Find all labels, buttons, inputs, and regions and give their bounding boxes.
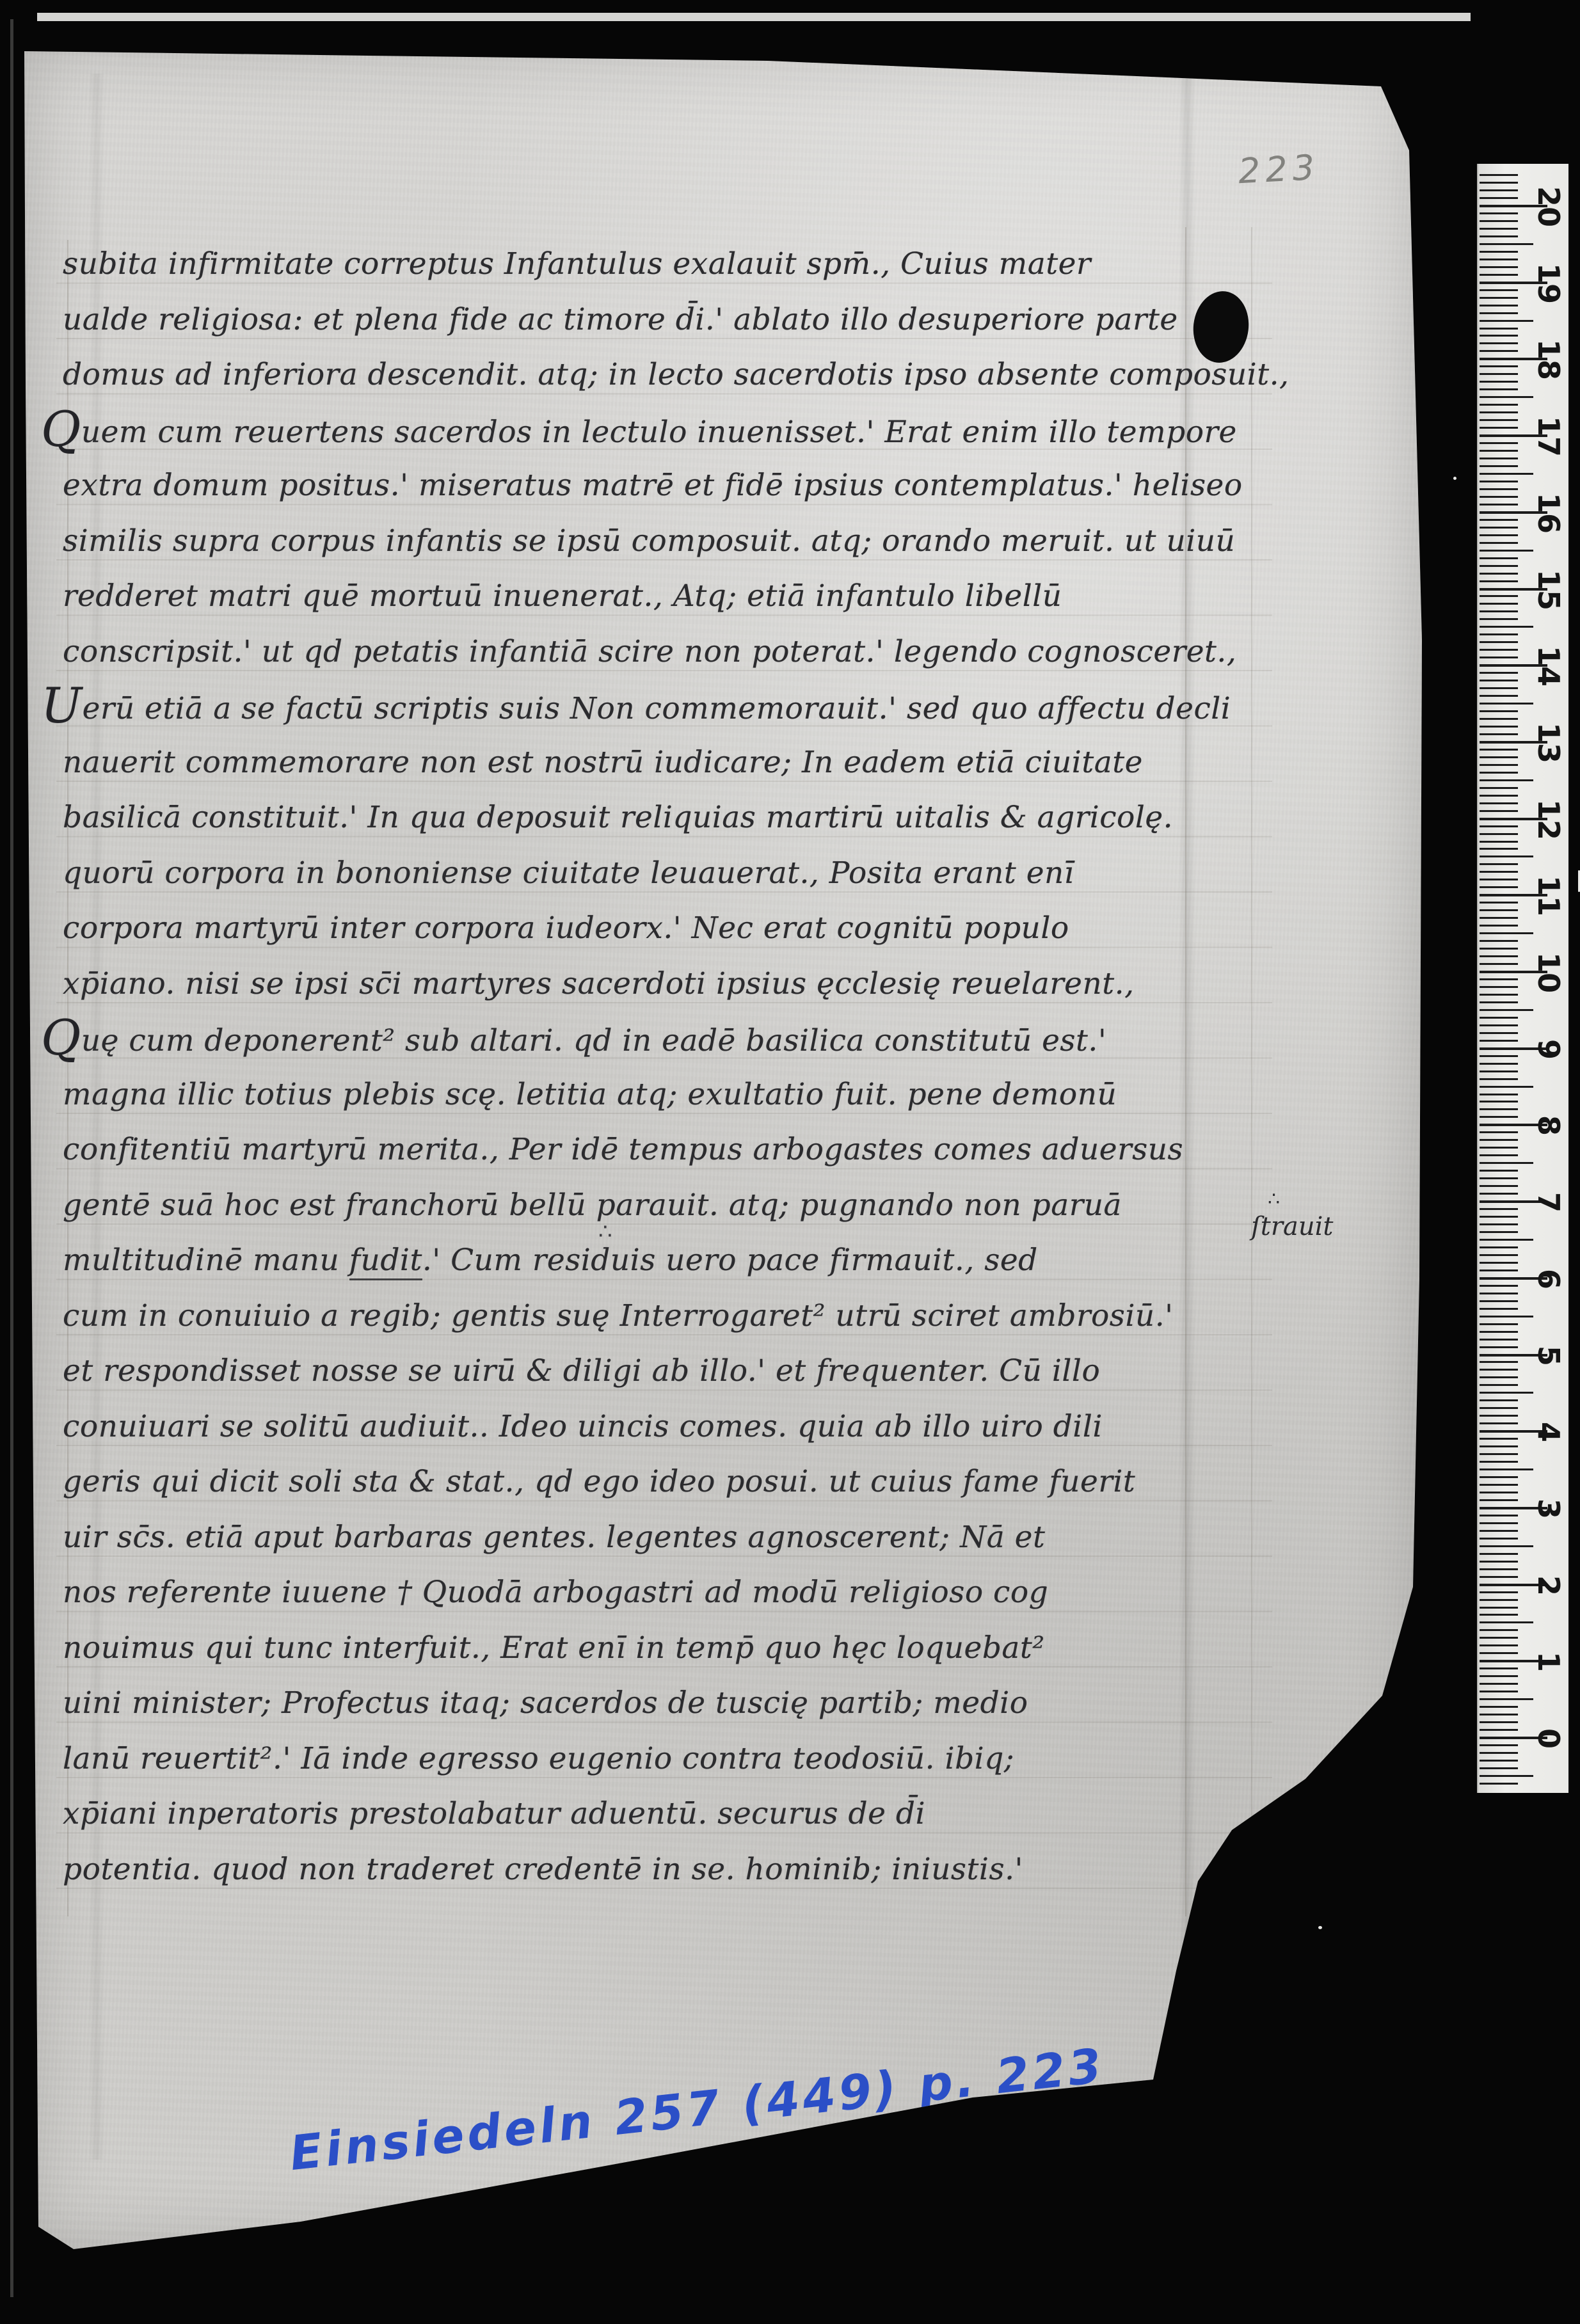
ruler-tick: [1480, 1607, 1518, 1609]
ruler-tick: [1480, 1086, 1533, 1088]
ruler-tick: [1480, 312, 1518, 314]
ruler-tick: [1480, 519, 1518, 521]
manuscript-line: ualde religiosa: et plena fide ac timore…: [63, 302, 1178, 337]
dust-speck: [1453, 477, 1456, 480]
ruler-tick: [1480, 810, 1518, 812]
ruler-tick: [1480, 1422, 1518, 1424]
ruler-tick: [1480, 1384, 1518, 1386]
ruler-tick: [1480, 1760, 1518, 1762]
ruler-tick: [1480, 1239, 1533, 1241]
ruler-tick: [1480, 1193, 1518, 1195]
ruler-tick: [1480, 1629, 1518, 1631]
ruler-tick: [1480, 1231, 1518, 1233]
dust-speck: [1318, 1926, 1322, 1929]
measuring-ruler: 20191817161514131211109876543210: [1477, 164, 1568, 1793]
manuscript-line: conuiuari se solitū audiuit.. Ideo uinci…: [63, 1409, 1103, 1444]
manuscript-line: redderet matri quē mortuū inuenerat., At…: [63, 578, 1062, 614]
ruler-number: 18: [1531, 339, 1566, 380]
ruler-tick: [1480, 756, 1518, 758]
ruler-tick: [1480, 940, 1518, 942]
ruler-tick: [1480, 902, 1518, 903]
ruler-tick: [1480, 925, 1518, 927]
ruler-tick: [1480, 1154, 1518, 1156]
folio-number-pencil: 223: [1237, 147, 1320, 192]
ruler-tick: [1480, 1369, 1518, 1371]
ruler-tick: [1480, 994, 1518, 996]
manuscript-line: nauerit commemorare non est nostrū iudic…: [63, 745, 1143, 780]
initial-capital: U: [41, 693, 83, 719]
ruler-tick: [1480, 595, 1518, 597]
ruler-tick: [1480, 1621, 1533, 1623]
ruler-tick: [1480, 1131, 1518, 1133]
ruler-tick: [1480, 886, 1518, 888]
ruler-tick: [1480, 565, 1518, 567]
ruler-tick: [1480, 1522, 1518, 1524]
ruler-tick: [1480, 641, 1518, 643]
ruler-tick: [1480, 251, 1518, 253]
ruler-number: 14: [1531, 646, 1566, 687]
ruler-tick: [1480, 1116, 1518, 1118]
margin-note-mark: ∴: [1268, 1188, 1333, 1211]
ruler-tick: [1480, 527, 1518, 529]
ruler-tick: [1480, 1476, 1518, 1478]
ruler-tick: [1480, 1667, 1518, 1669]
ruler-number: 6: [1531, 1259, 1566, 1300]
ruler-tick: [1480, 1216, 1518, 1218]
ruler-tick: [1480, 297, 1518, 299]
ruler-tick: [1480, 633, 1518, 635]
ruler-tick: [1480, 1323, 1518, 1325]
ruler-tick: [1480, 726, 1518, 728]
ruler-tick: [1480, 1308, 1518, 1310]
ruler-tick: [1480, 871, 1518, 873]
manuscript-line: Quem cum reuertens sacerdos in lectulo i…: [63, 413, 1237, 450]
ruler-tick: [1480, 381, 1518, 383]
manuscript-line: uini minister; Profectus itaq; sacerdos …: [63, 1685, 1028, 1721]
ruler-tick: [1480, 657, 1518, 658]
manuscript-line: confitentiū martyrū merita., Per idē tem…: [63, 1132, 1183, 1167]
ruler-tick: [1480, 718, 1518, 720]
manuscript-line: xp̄iano. nisi se ipsi sc̄i martyres sace…: [63, 966, 1135, 1001]
ruler-tick: [1480, 703, 1533, 704]
ruler-tick: [1480, 504, 1518, 505]
manuscript-line: Uerū etiā a se factū scriptis suis Non c…: [63, 689, 1231, 726]
ruler-tick: [1480, 1652, 1518, 1654]
manuscript-line: cum in conuiuio a regib; gentis suę Inte…: [63, 1298, 1174, 1333]
ruler-tick: [1480, 986, 1518, 988]
ruler-tick: [1480, 1561, 1518, 1563]
ruler-tick: [1480, 542, 1518, 544]
ruler-tick: [1480, 1438, 1518, 1440]
ruler-tick: [1480, 695, 1518, 697]
ruler-tick: [1480, 1530, 1518, 1532]
ruler-tick: [1480, 396, 1533, 398]
ruler-tick: [1480, 573, 1518, 575]
ruler-tick: [1480, 1139, 1518, 1141]
ruler-tick: [1480, 373, 1518, 375]
ruler-tick: [1480, 1515, 1518, 1516]
ruler-tick: [1480, 1453, 1518, 1455]
photo-frame-edge-left: [10, 19, 13, 2297]
ruler-tick: [1480, 328, 1518, 330]
ruler-tick: [1480, 1361, 1518, 1363]
ruler-tick: [1480, 1775, 1533, 1777]
ruler-tick: [1480, 197, 1518, 199]
ruler-tick: [1480, 411, 1518, 413]
ruler-tick: [1480, 305, 1518, 306]
ruler-tick: [1480, 1055, 1518, 1057]
ruler-tick: [1480, 419, 1518, 421]
ruler-tick: [1480, 863, 1518, 865]
ruler-tick: [1480, 1767, 1518, 1769]
ruler-tick: [1480, 388, 1518, 390]
ruler-tick: [1480, 212, 1518, 214]
manuscript-line: subita infirmitate correptus Infantulus …: [63, 246, 1091, 282]
ruler-tick: [1480, 1392, 1533, 1394]
ruler-tick: [1480, 182, 1518, 184]
photo-frame-edge-top: [37, 13, 1471, 21]
manuscript-line: quorū corpora in bononiense ciuitate leu…: [63, 856, 1074, 891]
ruler-tick: [1480, 243, 1533, 245]
ruler-tick: [1480, 710, 1518, 712]
ruler-tick: [1480, 274, 1518, 276]
ruler-tick: [1480, 1614, 1518, 1616]
ruler-tick: [1480, 320, 1533, 322]
ruler-tick: [1480, 1208, 1518, 1210]
ruler-tick: [1480, 795, 1518, 797]
ruler-tick: [1480, 1599, 1518, 1601]
ruler-tick: [1480, 1744, 1518, 1746]
ruler-tick: [1480, 1269, 1518, 1271]
ruler-tick: [1480, 488, 1518, 490]
manuscript-line: nouimus qui tunc interfuit., Erat enī in…: [63, 1630, 1045, 1666]
ruler-tick: [1480, 978, 1518, 980]
ruler-tick: [1480, 841, 1518, 843]
ruler-tick: [1480, 1721, 1518, 1723]
ruler-tick: [1480, 1040, 1518, 1042]
ruler-tick: [1480, 626, 1533, 628]
ruler-tick: [1480, 496, 1518, 498]
ruler-tick: [1480, 772, 1518, 774]
ruler-tick: [1480, 404, 1518, 406]
initial-capital: Q: [41, 417, 81, 442]
ruler-number: 1: [1531, 1641, 1566, 1682]
ruler-tick: [1480, 1316, 1533, 1317]
manuscript-line: multitudinē manu fudit.' Cum residuis ue…: [63, 1243, 1038, 1278]
ruler-tick: [1480, 1568, 1518, 1570]
ruler-tick: [1480, 189, 1518, 191]
ruler-tick: [1480, 856, 1533, 857]
ruler-tick: [1480, 749, 1518, 751]
ruler-tick: [1480, 1499, 1518, 1501]
ruler-tick: [1480, 672, 1518, 674]
ruler-tick: [1480, 259, 1518, 260]
initial-capital: Q: [41, 1025, 81, 1051]
ruler-tick: [1480, 1637, 1518, 1639]
ruler-tick: [1480, 948, 1518, 950]
ruler-tick: [1480, 465, 1518, 467]
ruler-tick: [1480, 1009, 1533, 1011]
manuscript-line: geris qui dicit soli sta & stat., qd ego…: [63, 1464, 1135, 1499]
ruler-tick: [1480, 1185, 1518, 1187]
ruler-tick: [1480, 442, 1518, 444]
ruler-tick: [1480, 1094, 1518, 1095]
ruler-tick: [1480, 917, 1518, 919]
manuscript-line: conscripsit.' ut qd petatis infantiā sci…: [63, 634, 1236, 669]
ruler-tick: [1480, 1101, 1518, 1102]
manuscript-line: similis supra corpus infantis se ipsū co…: [63, 523, 1235, 559]
manuscript-line: basilicā constituit.' In qua deposuit re…: [63, 800, 1173, 835]
ruler-number: 10: [1531, 952, 1566, 993]
ruler-tick: [1480, 733, 1518, 735]
manuscript-line: xp̄iani inperatoris prestolabatur aduent…: [63, 1796, 925, 1831]
ruler-tick: [1480, 833, 1518, 835]
ruler-number: 15: [1531, 569, 1566, 610]
ruler-tick: [1480, 618, 1518, 620]
ruler-tick: [1480, 1300, 1518, 1302]
ruler-tick: [1480, 1538, 1518, 1540]
manuscript-line: extra domum positus.' miseratus matrē et…: [63, 468, 1243, 503]
ruler-tick: [1480, 1339, 1518, 1341]
ruler-number: 16: [1531, 493, 1566, 534]
manuscript-line: nos referente iuuene † Quodā arbogastri …: [63, 1575, 1048, 1610]
ruler-tick: [1480, 1108, 1518, 1110]
ruler-tick: [1480, 1017, 1518, 1019]
manuscript-line: domus ad inferiora descendit. atq; in le…: [63, 357, 1289, 392]
ruler-number: 19: [1531, 263, 1566, 304]
ruler-tick: [1480, 779, 1533, 781]
ruler-tick: [1480, 1545, 1533, 1547]
ruler-tick: [1480, 1729, 1518, 1731]
ruler-tick: [1480, 955, 1518, 957]
ruler-number: 9: [1531, 1029, 1566, 1070]
ruler-number: 5: [1531, 1335, 1566, 1376]
ruler-tick: [1480, 1553, 1518, 1555]
ruler-tick: [1480, 1346, 1518, 1348]
manuscript-line: potentia. quod non traderet credentē in …: [63, 1852, 1023, 1887]
ruler-tick: [1480, 1285, 1518, 1287]
ruler-number: 20: [1531, 186, 1566, 227]
ruler-tick: [1480, 1177, 1518, 1179]
manuscript-line: lanū reuertit².' Iā inde egresso eugenio…: [63, 1741, 1014, 1776]
ruler-tick: [1480, 1147, 1518, 1149]
ruler-tick: [1480, 1262, 1518, 1264]
ruler-tick: [1480, 1223, 1518, 1225]
ruler-tick: [1480, 1162, 1533, 1164]
ruler-tick: [1480, 1445, 1518, 1447]
ruler-tick: [1480, 1024, 1518, 1026]
ruler-tick: [1480, 649, 1518, 651]
ruler-tick: [1480, 1576, 1518, 1578]
ruler-tick: [1480, 764, 1518, 766]
ruler-number: 17: [1531, 416, 1566, 457]
manuscript-line: corpora martyrū inter corpora iudeorx.' …: [63, 911, 1069, 946]
ruler-tick: [1480, 1078, 1518, 1080]
reference-mark-inline: ∴: [598, 1219, 612, 1245]
shelfmark-caption: Einsiedeln 257 (449) p. 223: [287, 2038, 1107, 2181]
ruler-tick: [1480, 1752, 1518, 1754]
ruler-tick: [1480, 342, 1518, 344]
ruler-tick: [1480, 1591, 1518, 1593]
ruler-tick: [1480, 534, 1518, 536]
ruler-tick: [1480, 909, 1518, 911]
ruler-tick: [1480, 1415, 1518, 1417]
ruler-number: 11: [1531, 875, 1566, 916]
ruler-tick: [1480, 1032, 1518, 1034]
ruler-tick: [1480, 1698, 1533, 1700]
ruler-tick: [1480, 1246, 1518, 1248]
manuscript-line: Quę cum deponerent² sub altari. qd in ea…: [63, 1021, 1106, 1058]
ruler-tick: [1480, 365, 1518, 367]
ruler-number: 4: [1531, 1412, 1566, 1452]
ruler-tick: [1480, 1399, 1518, 1401]
ruler-tick: [1480, 580, 1518, 582]
ruler-tick: [1480, 458, 1518, 459]
ruler-tick: [1480, 220, 1518, 222]
ruler-tick: [1480, 963, 1518, 965]
ruler-tick: [1480, 350, 1518, 352]
ruler-tick: [1480, 174, 1518, 176]
ruler-tick: [1480, 687, 1518, 689]
manuscript-page: 223 subita infirmitate correptus Infantu…: [19, 35, 1427, 2259]
ruler-tick: [1480, 825, 1518, 827]
ruler-tick: [1480, 787, 1518, 789]
ruler-number: 12: [1531, 799, 1566, 840]
manuscript-line: et respondisset nosse se uirū & diligi a…: [63, 1353, 1100, 1389]
ruler-tick: [1480, 802, 1518, 804]
ruler-tick: [1480, 1331, 1518, 1333]
ruler-number: 2: [1531, 1565, 1566, 1606]
ruler-tick: [1480, 1063, 1518, 1065]
ruler-number: 3: [1531, 1488, 1566, 1529]
ruler-tick: [1480, 1644, 1518, 1646]
ruler-tick: [1480, 1376, 1518, 1378]
ruler-tick: [1480, 610, 1518, 612]
ruler-tick: [1480, 1714, 1518, 1715]
ruler-tick: [1480, 450, 1518, 452]
manuscript-photo: { "page": { "folio_number": "223", "ink_…: [0, 0, 1580, 2324]
ruler-tick: [1480, 1070, 1518, 1072]
ruler-number: 7: [1531, 1182, 1566, 1223]
ruler-tick: [1480, 1001, 1518, 1003]
ruler-tick: [1480, 932, 1533, 934]
manuscript-line: gentē suā hoc est franchorū bellū paraui…: [63, 1188, 1122, 1223]
ruler-tick: [1480, 1254, 1518, 1256]
manuscript-line: uir sc̄s. etiā aput barbaras gentes. leg…: [63, 1520, 1045, 1555]
ruler-tick: [1480, 481, 1518, 482]
ruler-tick: [1480, 1683, 1518, 1685]
ruler-tick: [1480, 1492, 1518, 1493]
ruler-tick: [1480, 1461, 1518, 1463]
manuscript-line: magna illic totius plebis scę. letitia a…: [63, 1077, 1117, 1112]
ruler-tick: [1480, 473, 1533, 475]
ruler-tick: [1480, 1691, 1518, 1692]
ruler-number: 8: [1531, 1105, 1566, 1146]
ruler-tick: [1480, 557, 1518, 559]
ruler-tick: [1480, 1468, 1533, 1470]
ruler-tick: [1480, 1170, 1518, 1172]
margin-note: ∴ ſtrauit: [1251, 1188, 1333, 1241]
ruler-tick: [1480, 550, 1533, 552]
ruler-tick: [1480, 879, 1518, 880]
ruler-tick: [1480, 1706, 1518, 1708]
ruler-tick: [1480, 603, 1518, 605]
ruler-number: 0: [1531, 1718, 1566, 1759]
ruler-tick: [1480, 1293, 1518, 1294]
margin-rule-right-outer: [1251, 227, 1252, 1827]
ruler-tick: [1480, 1783, 1518, 1785]
ruler-tick: [1480, 848, 1518, 850]
ruler-number: 13: [1531, 722, 1566, 763]
ruler-tick: [1480, 235, 1518, 237]
ruler-tick: [1480, 680, 1518, 681]
ruler-tick: [1480, 1484, 1518, 1486]
ruler-tick: [1480, 266, 1518, 268]
underlined-word: fudit: [349, 1243, 422, 1280]
ruler-tick: [1480, 335, 1518, 337]
ruler-tick: [1480, 228, 1518, 230]
ruler-tick: [1480, 1407, 1518, 1409]
ruler-tick: [1480, 427, 1518, 429]
ruler-tick: [1480, 289, 1518, 291]
margin-note-text: ſtrauit: [1251, 1212, 1333, 1241]
ruler-tick: [1480, 1675, 1518, 1677]
